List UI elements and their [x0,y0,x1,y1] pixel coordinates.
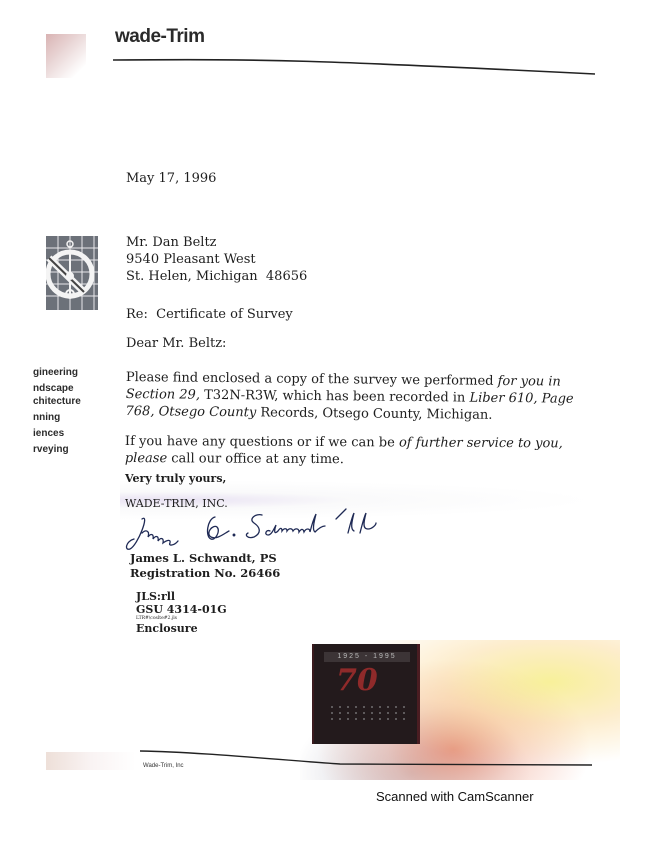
scan-footer-tint [46,752,136,770]
camscanner-watermark: Scanned with CamScanner [376,789,534,804]
badge-caption-dots [328,704,408,720]
para1-text-c: T32N-R3W, which has been recorded in [200,388,470,406]
scan-corner-tint [46,34,86,78]
registration-number: Registration No. 26466 [130,566,280,581]
wade-trim-logo: wade-Trim [115,26,204,48]
services-list: gineering ndscape chitecture nning ience… [33,366,93,456]
service-engineering: gineering [33,366,93,379]
service-surveying: rveying [33,443,93,456]
subject-line: Re: Certificate of Survey [126,306,293,323]
letter-date: May 17, 1996 [126,170,216,187]
para2-text-c: call our office at any time. [167,451,344,467]
badge-years: 1925 - 1995 [324,652,410,662]
signer-block: James L. Schwandt, PS Registration No. 2… [130,551,280,581]
closing: Very truly yours, [125,472,226,486]
header-rule [113,56,595,76]
para2-text-a: If you have any questions or if we can b… [125,434,399,450]
service-sciences: iences [33,427,93,440]
salutation: Dear Mr. Beltz: [126,335,226,352]
service-architecture: chitecture [33,395,93,408]
file-code: GSU 4314-01G [136,603,227,616]
badge-number: 70 [336,666,378,696]
recipient-address: Mr. Dan Beltz 9540 Pleasant West St. Hel… [126,234,307,285]
para1-text-a: Please find enclosed a copy of the surve… [126,370,498,389]
recipient-name: Mr. Dan Beltz [126,234,307,251]
para1-text-e: Records, Otsego County, Michigan. [256,405,492,422]
footer-company: Wade-Trim, Inc [143,763,184,769]
recipient-city: St. Helen, Michigan 48656 [126,268,307,285]
anniversary-badge: 1925 - 1995 70 [312,644,420,744]
handwritten-signature: James L. Schwandt/rll [120,505,380,555]
surveyor-compass-icon [46,236,98,310]
body-paragraph-2: If you have any questions or if we can b… [125,433,595,469]
enclosure-note: Enclosure [136,622,227,635]
typist-initials: JLS:rll [136,590,227,603]
reference-block: JLS:rll GSU 4314-01G LTR#\coslte#2.jls E… [136,590,227,635]
service-planning: nning [33,411,93,424]
signer-name: James L. Schwandt, PS [130,551,280,566]
recipient-street: 9540 Pleasant West [126,251,307,268]
body-paragraph-1: Please find enclosed a copy of the surve… [125,369,596,425]
service-landscape: ndscape [33,382,93,395]
footer-rule [140,750,592,770]
